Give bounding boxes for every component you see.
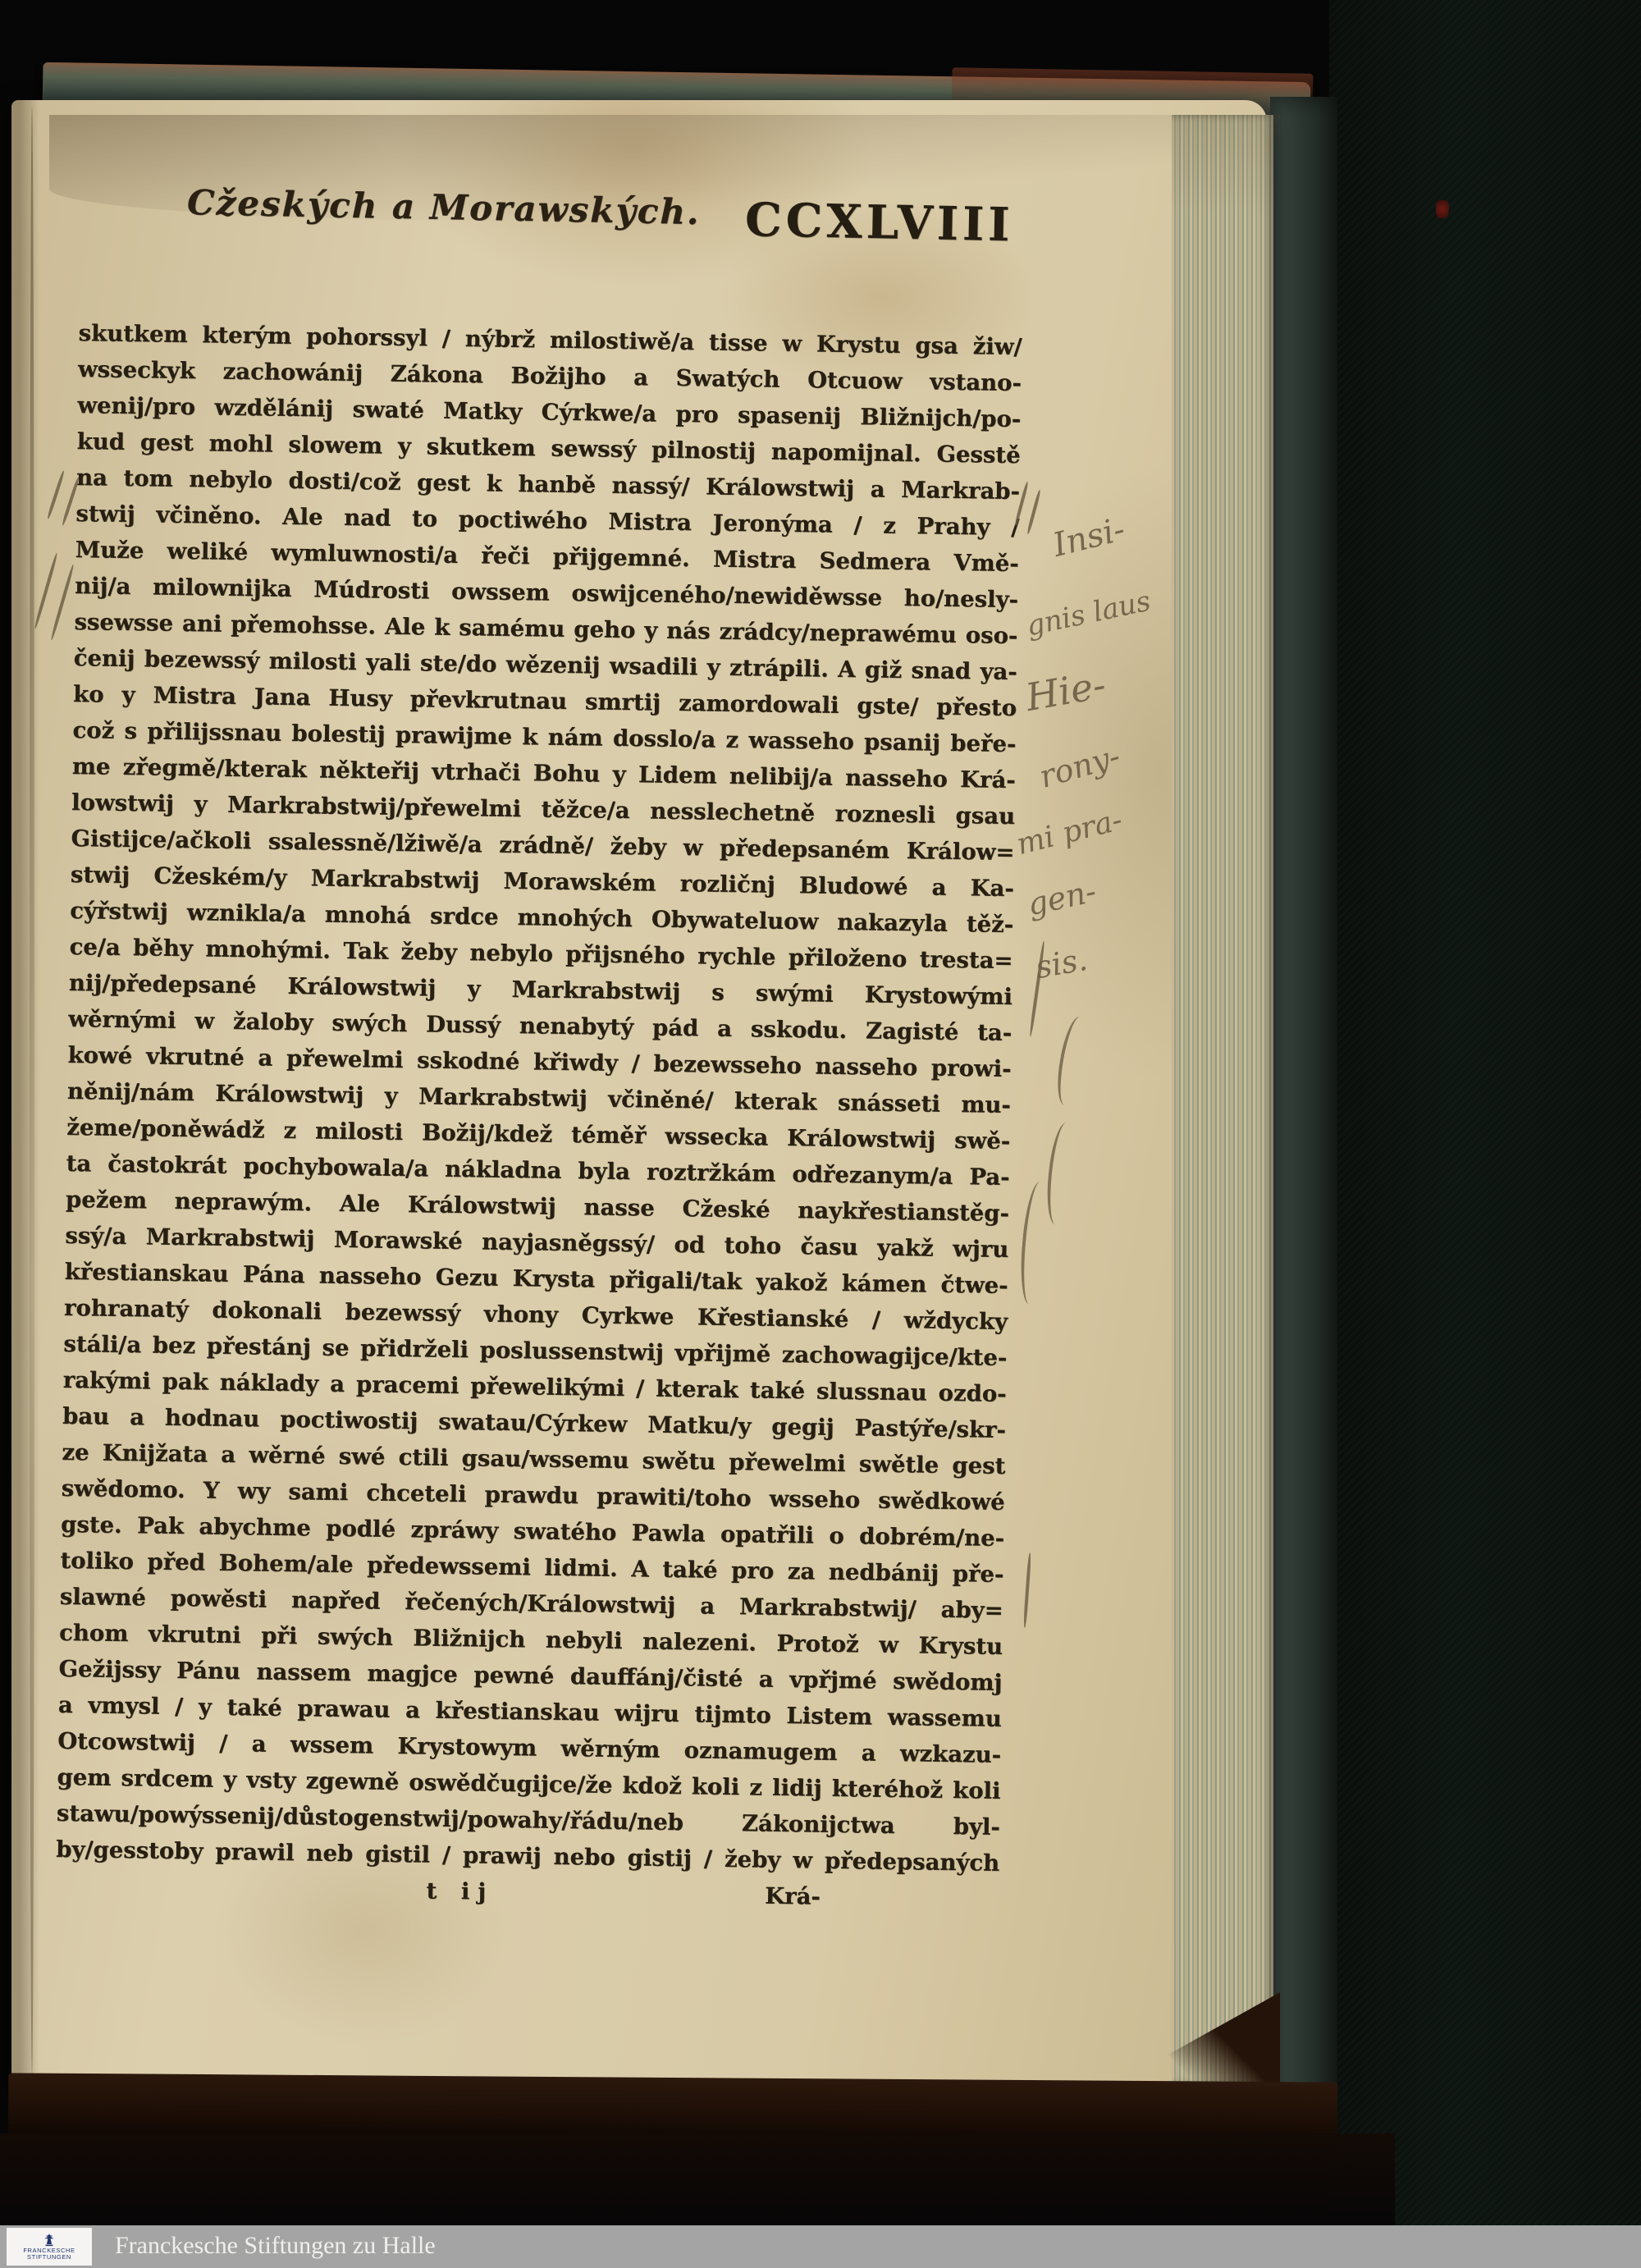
footer-bar: FRANCKESCHE STIFTUNGEN Franckesche Stift… [0, 2225, 1641, 2268]
francke-eagle-icon [41, 2233, 57, 2247]
logo-text-line2: STIFTUNGEN [27, 2254, 71, 2261]
bottom-shadow [0, 2133, 1395, 2232]
page-crease [30, 107, 34, 2076]
page-number: CCXLVIII [744, 193, 1014, 252]
institution-label: Franckesche Stiftungen zu Halle [115, 2232, 436, 2260]
book-cover-edge [1270, 97, 1337, 2124]
francke-logo: FRANCKESCHE STIFTUNGEN [7, 2228, 92, 2266]
catchword: Krá- [765, 1878, 820, 1915]
body-text-block: skutkem kterým pohorssyl / nýbrž milosti… [55, 315, 1022, 1918]
quire-signature: t ij [426, 1872, 494, 1909]
book-scan-viewport: Cžeských a Morawských. CCXLVIII skutkem … [0, 0, 1641, 2268]
fore-edge-pages [1172, 115, 1273, 2084]
cloth-backdrop [1329, 0, 1641, 2225]
